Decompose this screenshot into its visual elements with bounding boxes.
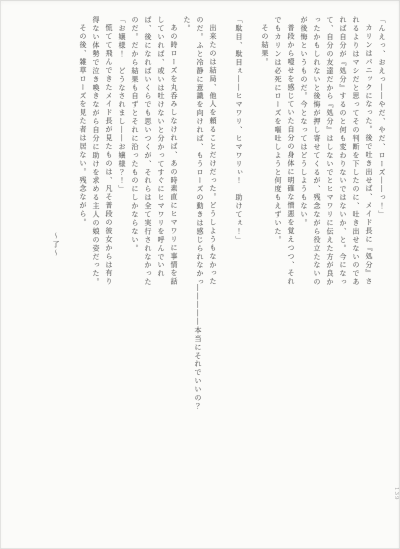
- story-paragraph: 出来たのは結局、他人を頼ることだけだった。どうしようもなかったのだ。ふと冷静に意…: [180, 16, 219, 288]
- story-paragraph: 普段から噎せを感じていた自分の身体に明確な憎悪を覚えつつ、それでもカリンは必死に…: [271, 16, 297, 288]
- scanned-book-page: 「んえっ、おえっ――やだ、やだ、ローズ――っ！」 カリンはパニックになった。後で…: [0, 0, 400, 549]
- story-paragraph: あの時ローズを丸呑みしなければ、あの時素直にヒマワリに事情を話していれば、或いは…: [128, 16, 180, 288]
- story-paragraph: その後、雑草ローズを見た者は居ない。残念ながら。: [76, 16, 89, 288]
- interlude-line: ―――――本当にそれでいいの？: [191, 284, 204, 411]
- story-paragraph: カリンはパニックになった。後で吐き出せば、メイド長に『処分』されるよりはマシだと…: [297, 16, 375, 288]
- story-paragraph: 慌てて飛んできたメイド長が見たものは、凡そ普段の彼女からは有り得ない体勢で泣き喚…: [89, 16, 115, 288]
- page-number: 139: [393, 487, 399, 501]
- story-paragraph-dialogue: 「お嬢様！ どうなされまし――お嬢様？！」: [115, 16, 128, 288]
- story-paragraph-dialogue: 「んえっ、おえっ――やだ、やだ、ローズ――っ！」: [375, 16, 388, 288]
- story-paragraph: その結果。: [258, 16, 271, 288]
- story-text-block: 「んえっ、おえっ――やだ、やだ、ローズ――っ！」 カリンはパニックになった。後で…: [76, 16, 388, 288]
- story-paragraph-dialogue: 「駄目、駄目ぇ――ヒマワリ、ヒマワリぃ！ 助けてぇ！」: [232, 16, 245, 288]
- end-mark: 〜了〜: [49, 232, 62, 257]
